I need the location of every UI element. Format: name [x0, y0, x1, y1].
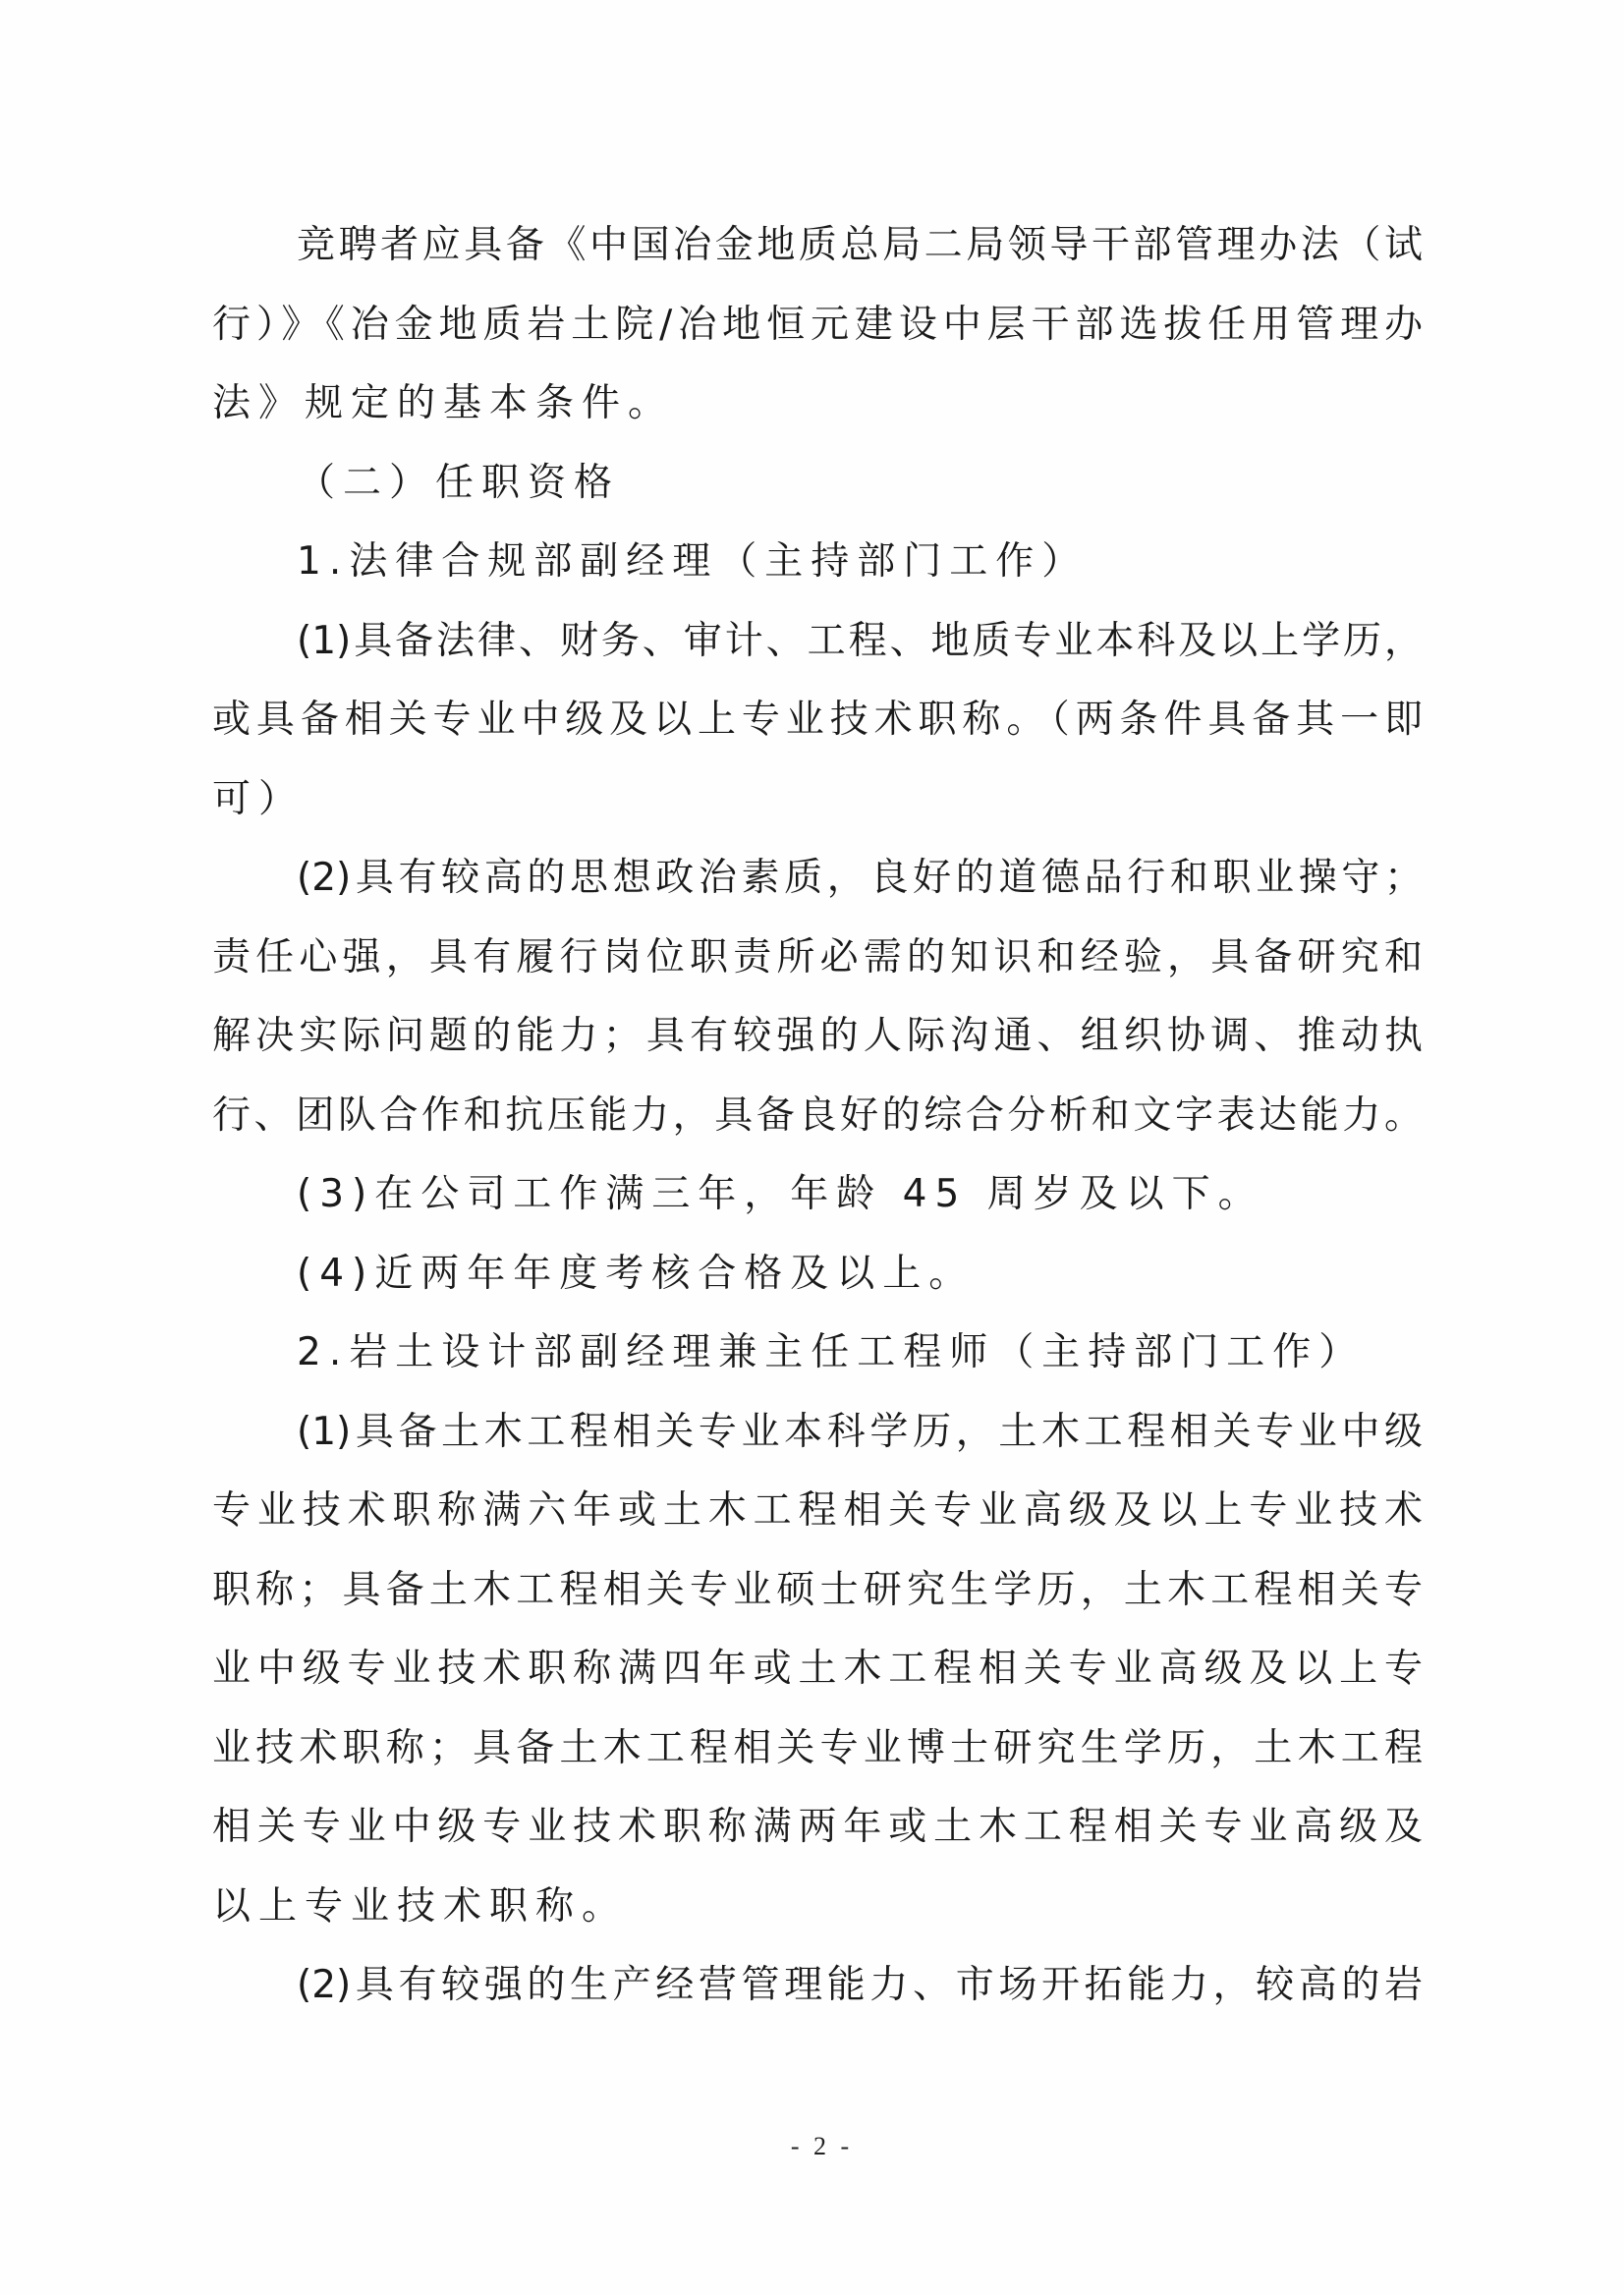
- paragraph-line: 业中级专业技术职称满四年或土木工程相关专业高级及以上专: [212, 1630, 1423, 1709]
- document-body: 竞聘者应具备《中国冶金地质总局二局领导干部管理办法（试 行）》《冶金地质岩土院/…: [212, 206, 1423, 2026]
- paragraph-line: 竞聘者应具备《中国冶金地质总局二局领导干部管理办法（试: [212, 206, 1423, 286]
- paragraph-line: 法》规定的基本条件。: [212, 364, 1423, 444]
- document-page: 竞聘者应具备《中国冶金地质总局二局领导干部管理办法（试 行）》《冶金地质岩土院/…: [0, 0, 1624, 2295]
- position-heading: 1.法律合规部副经理（主持部门工作）: [212, 523, 1423, 602]
- paragraph-line: (3)在公司工作满三年，年龄 45 周岁及以下。: [212, 1155, 1423, 1235]
- paragraph-line: 业技术职称；具备土木工程相关专业博士研究生学历，土木工程: [212, 1709, 1423, 1789]
- paragraph-line: 责任心强，具有履行岗位职责所必需的知识和经验，具备研究和: [212, 919, 1423, 998]
- paragraph-line: 或具备相关专业中级及以上专业技术职称。（两条件具备其一即: [212, 681, 1423, 760]
- paragraph-line: 以上专业技术职称。: [212, 1868, 1423, 1947]
- position-heading: 2.岩土设计部副经理兼主任工程师（主持部门工作）: [212, 1314, 1423, 1393]
- paragraph-line: 可）: [212, 760, 1423, 840]
- section-heading: （二）任职资格: [212, 444, 1423, 524]
- paragraph-line: (1)具备土木工程相关专业本科学历，土木工程相关专业中级: [212, 1393, 1423, 1473]
- paragraph-line: 行、团队合作和抗压能力，具备良好的综合分析和文字表达能力。: [212, 1077, 1423, 1156]
- paragraph-line: (4)近两年年度考核合格及以上。: [212, 1235, 1423, 1315]
- paragraph-line: (2)具有较高的思想政治素质，良好的道德品行和职业操守；: [212, 839, 1423, 919]
- paragraph-line: (1)具备法律、财务、审计、工程、地质专业本科及以上学历，: [212, 602, 1423, 682]
- paragraph-line: (2)具有较强的生产经营管理能力、市场开拓能力，较高的岩: [212, 1946, 1423, 2026]
- paragraph-line: 相关专业中级专业技术职称满两年或土木工程相关专业高级及: [212, 1788, 1423, 1868]
- paragraph-line: 专业技术职称满六年或土木工程相关专业高级及以上专业技术: [212, 1472, 1423, 1551]
- paragraph-line: 行）》《冶金地质岩土院/冶地恒元建设中层干部选拔任用管理办: [212, 286, 1423, 365]
- page-number: - 2 -: [0, 2132, 1624, 2161]
- paragraph-line: 解决实际问题的能力；具有较强的人际沟通、组织协调、推动执: [212, 997, 1423, 1077]
- paragraph-line: 职称；具备土木工程相关专业硕士研究生学历，土木工程相关专: [212, 1551, 1423, 1631]
